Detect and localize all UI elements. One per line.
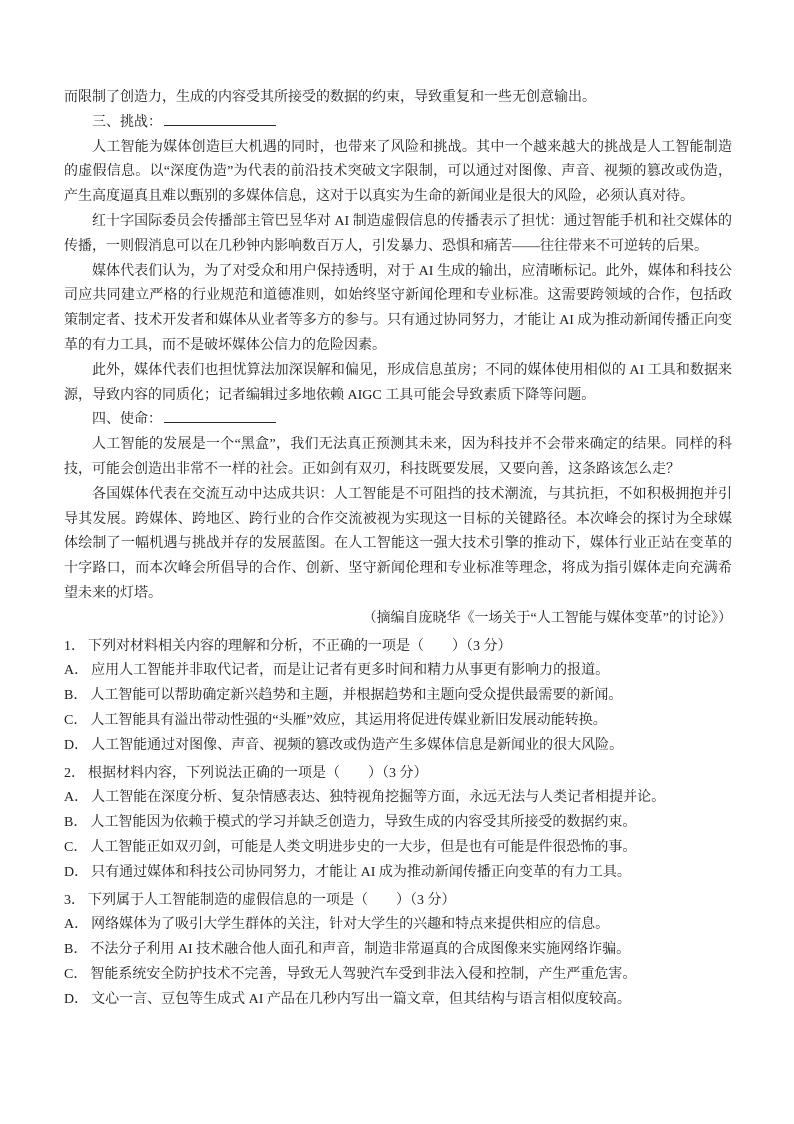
- paragraph-challenge-4: 此外，媒体代表们也担忧算法加深误解和偏见，形成信息茧房；不同的媒体使用相似的 A…: [64, 359, 732, 409]
- option-b-label: B．: [64, 942, 87, 957]
- option-b-text: 人工智能可以帮助确定新兴趋势和主题，并根据趋势和主题向受众提供最需要的新闻。: [90, 688, 622, 703]
- option-c-text: 人工智能具有溢出带动性强的“头雁”效应，其运用将促进传媒业新旧发展动能转换。: [90, 713, 606, 728]
- option-a-label: A．: [64, 790, 88, 805]
- option-c-label: C．: [64, 840, 87, 855]
- question-2-option-a: A．人工智能在深度分析、复杂情感表达、独特视角挖掘等方面，永远无法与人类记者相提…: [64, 786, 732, 811]
- answer-blank-underline: [164, 112, 276, 126]
- option-d-label: D．: [64, 865, 88, 880]
- option-d-label: D．: [64, 992, 88, 1007]
- question-2-number: 2．: [64, 766, 85, 781]
- option-b-label: B．: [64, 815, 87, 830]
- option-d-text: 文心一言、豆包等生成式 AI 产品在几秒内写出一篇文章，但其结构与语言相似度较高…: [91, 992, 631, 1007]
- question-3: 3．下列属于人工智能制造的虚假信息的一项是（ ）（3 分） A．网络媒体为了吸引…: [64, 889, 732, 1013]
- question-1-stem: 1．下列对材料相关内容的理解和分析，不正确的一项是（ ）（3 分）: [64, 635, 732, 660]
- question-3-option-c: C．智能系统安全防护技术不完善，导致无人驾驶汽车受到非法入侵和控制，产生严重危害…: [64, 963, 732, 988]
- question-1-stem-text: 下列对材料相关内容的理解和分析，不正确的一项是（ ）（3 分）: [88, 639, 512, 654]
- paragraph-challenge-1: 人工智能为媒体创造巨大机遇的同时，也带来了风险和挑战。其中一个越来越大的挑战是人…: [64, 136, 732, 210]
- paragraph-mission-1: 人工智能的发展是一个“黑盒”，我们无法真正预测其未来，因为科技并不会带来确定的结…: [64, 433, 732, 483]
- option-d-label: D．: [64, 738, 88, 753]
- answer-blank-underline: [164, 409, 276, 423]
- question-3-option-d: D．文心一言、豆包等生成式 AI 产品在几秒内写出一篇文章，但其结构与语言相似度…: [64, 988, 732, 1013]
- option-a-label: A．: [64, 663, 88, 678]
- question-2-option-b: B．人工智能因为依赖于模式的学习并缺乏创造力，导致生成的内容受其所接受的数据约束…: [64, 811, 732, 836]
- option-a-text: 网络媒体为了吸引大学生群体的关注，针对大学生的兴趣和特点来提供相应的信息。: [91, 917, 609, 932]
- question-1-option-c: C．人工智能具有溢出带动性强的“头雁”效应，其运用将促进传媒业新旧发展动能转换。: [64, 709, 732, 734]
- paragraph-challenge-3: 媒体代表们认为，为了对受众和用户保持透明，对于 AI 生成的输出，应清晰标记。此…: [64, 260, 732, 359]
- option-d-text: 只有通过媒体和科技公司协同努力，才能让 AI 成为推动新闻传播正向变革的有力工具…: [91, 865, 631, 880]
- paragraph-mission-2: 各国媒体代表在交流互动中达成共识：人工智能是不可阻挡的技术潮流，与其抗拒，不如积…: [64, 483, 732, 607]
- question-1-option-a: A．应用人工智能并非取代记者，而是让记者有更多时间和精力从事更有影响力的报道。: [64, 659, 732, 684]
- question-3-number: 3．: [64, 893, 85, 908]
- question-2-option-c: C．人工智能正如双刃剑，可能是人类文明进步史的一大步，但是也有可能是件很恐怖的事…: [64, 836, 732, 861]
- question-3-option-a: A．网络媒体为了吸引大学生群体的关注，针对大学生的兴趣和特点来提供相应的信息。: [64, 913, 732, 938]
- question-3-stem: 3．下列属于人工智能制造的虚假信息的一项是（ ）（3 分）: [64, 889, 732, 914]
- option-c-label: C．: [64, 967, 87, 982]
- question-1-number: 1．: [64, 639, 85, 654]
- option-c-label: C．: [64, 713, 87, 728]
- question-1: 1．下列对材料相关内容的理解和分析，不正确的一项是（ ）（3 分） A．应用人工…: [64, 635, 732, 759]
- option-a-text: 应用人工智能并非取代记者，而是让记者有更多时间和精力从事更有影响力的报道。: [91, 663, 609, 678]
- question-1-option-b: B．人工智能可以帮助确定新兴趋势和主题，并根据趋势和主题向受众提供最需要的新闻。: [64, 684, 732, 709]
- section-heading-mission-label: 四、使命：: [92, 412, 162, 427]
- question-2-stem-text: 根据材料内容，下列说法正确的一项是（ ）（3 分）: [88, 766, 428, 781]
- question-3-option-b: B．不法分子利用 AI 技术融合他人面孔和声音，制造非常逼真的合成图像来实施网络…: [64, 938, 732, 963]
- section-heading-challenge-label: 三、挑战：: [92, 115, 162, 130]
- option-b-text: 不法分子利用 AI 技术融合他人面孔和声音，制造非常逼真的合成图像来实施网络诈骗…: [90, 942, 630, 957]
- paragraph-continuation: 而限制了创造力，生成的内容受其所接受的数据的约束，导致重复和一些无创意输出。: [64, 86, 732, 111]
- question-1-option-d: D．人工智能通过对图像、声音、视频的篡改或伪造产生多媒体信息是新闻业的很大风险。: [64, 734, 732, 759]
- document-page: 而限制了创造力，生成的内容受其所接受的数据的约束，导致重复和一些无创意输出。 三…: [64, 86, 732, 1012]
- option-b-label: B．: [64, 688, 87, 703]
- section-heading-mission: 四、使命：: [64, 408, 732, 433]
- option-a-text: 人工智能在深度分析、复杂情感表达、独特视角挖掘等方面，永远无法与人类记者相提并论…: [91, 790, 665, 805]
- question-3-stem-text: 下列属于人工智能制造的虚假信息的一项是（ ）（3 分）: [88, 893, 456, 908]
- section-heading-challenge: 三、挑战：: [64, 111, 732, 136]
- option-c-text: 人工智能正如双刃剑，可能是人类文明进步史的一大步，但是也有可能是件很恐怖的事。: [90, 840, 636, 855]
- paragraph-challenge-2: 红十字国际委员会传播部主管巴昱华对 AI 制造虚假信息的传播表示了担忧：通过智能…: [64, 210, 732, 260]
- question-2-option-d: D．只有通过媒体和科技公司协同努力，才能让 AI 成为推动新闻传播正向变革的有力…: [64, 861, 732, 886]
- option-b-text: 人工智能因为依赖于模式的学习并缺乏创造力，导致生成的内容受其所接受的数据约束。: [90, 815, 636, 830]
- question-2: 2．根据材料内容，下列说法正确的一项是（ ）（3 分） A．人工智能在深度分析、…: [64, 762, 732, 886]
- question-2-stem: 2．根据材料内容，下列说法正确的一项是（ ）（3 分）: [64, 762, 732, 787]
- option-c-text: 智能系统安全防护技术不完善，导致无人驾驶汽车受到非法入侵和控制，产生严重危害。: [90, 967, 636, 982]
- source-attribution: （摘编自庞晓华《一场关于“人工智能与媒体变革”的讨论》）: [64, 607, 732, 632]
- option-d-text: 人工智能通过对图像、声音、视频的篡改或伪造产生多媒体信息是新闻业的很大风险。: [91, 738, 623, 753]
- option-a-label: A．: [64, 917, 88, 932]
